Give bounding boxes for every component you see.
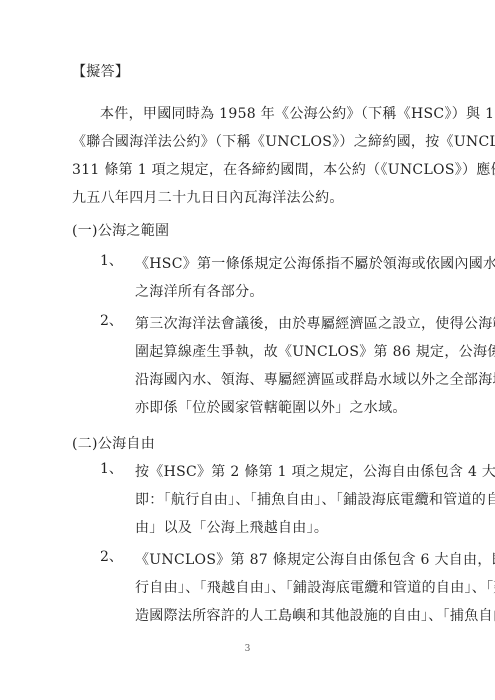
list-item: 2、 《UNCLOS》第 87 條規定公海自由係包含 6 大自由，即：「航 行自… (72, 546, 428, 630)
list-item-line: 之海洋所有各部分。 (72, 278, 428, 306)
list-item-marker: 2、 (100, 310, 123, 330)
list-item-line: 即：「航行自由」、「捕魚自由」、「鋪設海底電纜和管道的自 (72, 486, 428, 514)
list-item-marker: 2、 (100, 546, 123, 566)
intro-line: 《聯合國海洋法公約》（下稱《UNCLOS》）之締約國，按《UNCLOS》第 (72, 128, 428, 156)
list-item: 1、 按《HSC》第 2 條第 1 項之規定，公海自由係包含 4 大自由， 即：… (72, 458, 428, 542)
list-item-line: 行自由」、「飛越自由」、「鋪設海底電纜和管道的自由」、「建 (72, 574, 428, 602)
section-heading-2: (二)公海自由 (72, 430, 428, 458)
intro-paragraph: 本件，甲國同時為 1958 年《公海公約》（下稱《HSC》）與 1982 年 《… (72, 100, 428, 212)
section-heading-1: (一)公海之範圍 (72, 217, 428, 245)
list-item-line: 造國際法所容許的人工島嶼和其他設施的自由」、「捕魚自由」 (72, 602, 428, 630)
list-item-line: 《UNCLOS》第 87 條規定公海自由係包含 6 大自由，即：「航 (72, 546, 428, 574)
intro-line: 九五八年四月二十九日日內瓦海洋法公約。 (72, 184, 428, 212)
list-item-line: 亦即係「位於國家管轄範圍以外」之水域。 (72, 394, 428, 422)
list-item-marker: 1、 (100, 250, 123, 270)
document-body: 【擬答】 本件，甲國同時為 1958 年《公海公約》（下稱《HSC》）與 198… (72, 58, 428, 630)
intro-line: 311 條第 1 項之規定，在各締約國間，本公約（《UNCLOS》）應優於一 (72, 156, 428, 184)
page-number: 3 (0, 644, 495, 654)
list-item-marker: 1、 (100, 458, 123, 478)
list-item-line: 由」以及「公海上飛越自由」。 (72, 514, 428, 542)
list-item-line: 按《HSC》第 2 條第 1 項之規定，公海自由係包含 4 大自由， (72, 458, 428, 486)
list-item: 1、 《HSC》第一條係規定公海係指不屬於領海或依國內國水域 之海洋所有各部分。 (72, 250, 428, 306)
list-item-line: 圍起算線產生爭執，故《UNCLOS》第 86 規定，公海係位於 (72, 338, 428, 366)
answer-heading: 【擬答】 (72, 58, 428, 86)
intro-line: 本件，甲國同時為 1958 年《公海公約》（下稱《HSC》）與 1982 年 (72, 100, 428, 128)
list-item-line: 《HSC》第一條係規定公海係指不屬於領海或依國內國水域 (72, 250, 428, 278)
list-item-line: 第三次海洋法會議後，由於專屬經濟區之設立，使得公海範 (72, 310, 428, 338)
list-item-line: 沿海國內水、領海、專屬經濟區或群島水域以外之全部海域， (72, 366, 428, 394)
list-item: 2、 第三次海洋法會議後，由於專屬經濟區之設立，使得公海範 圍起算線產生爭執，故… (72, 310, 428, 422)
document-page: 【擬答】 本件，甲國同時為 1958 年《公海公約》（下稱《HSC》）與 198… (0, 0, 495, 700)
